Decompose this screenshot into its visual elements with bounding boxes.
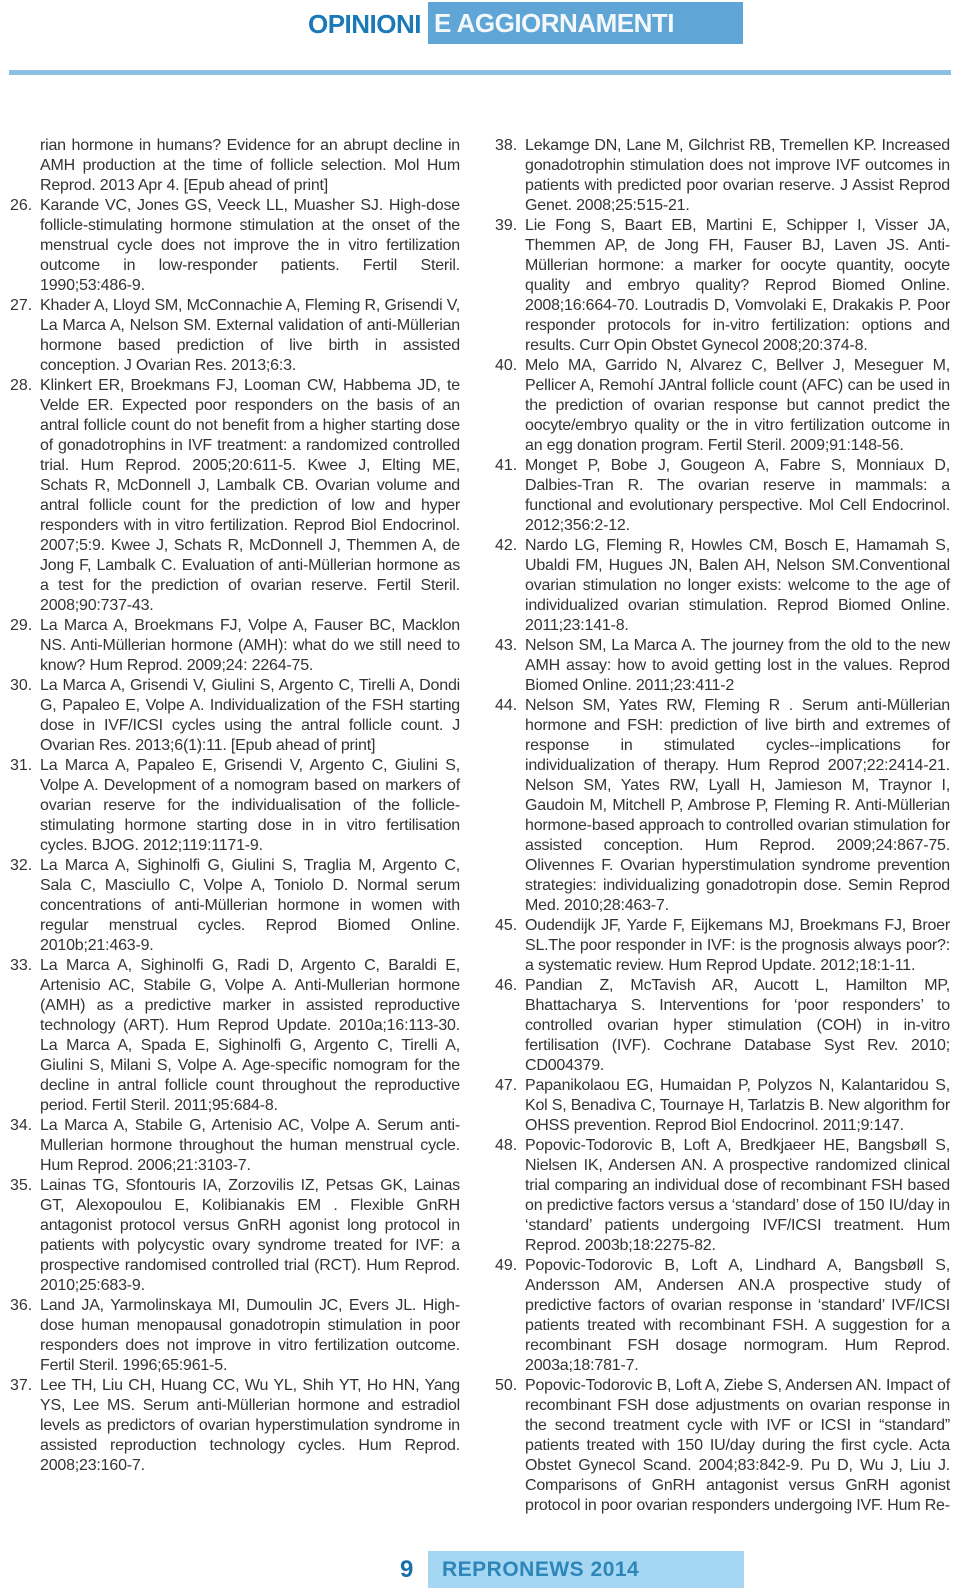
reference-text: Lie Fong S, Baart EB, Martini E, Schippe… [525, 217, 950, 354]
reference-text: Nardo LG, Fleming R, Howles CM, Bosch E,… [525, 537, 950, 634]
reference-number: 45. [495, 916, 517, 936]
reference-number: 49. [495, 1256, 517, 1276]
reference-text: Lekamge DN, Lane M, Gilchrist RB, Tremel… [525, 137, 950, 214]
section-title-highlight-box: E AGGIORNAMENTI [428, 2, 743, 44]
reference-number: 30. [10, 676, 32, 696]
header-divider-rule [9, 70, 951, 75]
reference-item: 46. Pandian Z, McTavish AR, Aucott L, Ha… [495, 976, 950, 1076]
reference-number: 47. [495, 1076, 517, 1096]
reference-item: 44. Nelson SM, Yates RW, Fleming R . Ser… [495, 696, 950, 916]
reference-text: Monget P, Bobe J, Gougeon A, Fabre S, Mo… [525, 457, 950, 534]
reference-text: Popovic-Todorovic B, Loft A, Ziebe S, An… [525, 1377, 950, 1514]
references-left-column: rian hormone in humans? Evidence for an … [10, 136, 460, 1476]
reference-item: 39. Lie Fong S, Baart EB, Martini E, Sch… [495, 216, 950, 356]
reference-item: 37. Lee TH, Liu CH, Huang CC, Wu YL, Shi… [10, 1376, 460, 1476]
reference-number: 28. [10, 376, 32, 396]
reference-item: 27. Khader A, Lloyd SM, McConnachie A, F… [10, 296, 460, 376]
references-right-column: 38. Lekamge DN, Lane M, Gilchrist RB, Tr… [495, 136, 950, 1516]
reference-item: 33. La Marca A, Sighinolfi G, Radi D, Ar… [10, 956, 460, 1116]
reference-item: 31. La Marca A, Papaleo E, Grisendi V, A… [10, 756, 460, 856]
reference-item: 40. Melo MA, Garrido N, Alvarez C, Bellv… [495, 356, 950, 456]
reference-number: 35. [10, 1176, 32, 1196]
reference-item: 34. La Marca A, Stabile G, Artenisio AC,… [10, 1116, 460, 1176]
reference-number: 38. [495, 136, 517, 156]
reference-number: 31. [10, 756, 32, 776]
reference-number: 26. [10, 196, 32, 216]
reference-text: rian hormone in humans? Evidence for an … [40, 137, 460, 194]
reference-text: Pandian Z, McTavish AR, Aucott L, Hamilt… [525, 977, 950, 1074]
reference-item: 35. Lainas TG, Sfontouris IA, Zorzovilis… [10, 1176, 460, 1296]
reference-text: La Marca A, Stabile G, Artenisio AC, Vol… [40, 1117, 460, 1174]
reference-text: Melo MA, Garrido N, Alvarez C, Bellver J… [525, 357, 950, 454]
reference-number: 41. [495, 456, 517, 476]
reference-text: Popovic-Todorovic B, Loft A, Bredkjaeer … [525, 1137, 950, 1254]
masthead: OPINIONI E AGGIORNAMENTI [0, 0, 960, 46]
reference-text: Lee TH, Liu CH, Huang CC, Wu YL, Shih YT… [40, 1377, 460, 1474]
reference-number: 34. [10, 1116, 32, 1136]
reference-text: Land JA, Yarmolinskaya MI, Dumoulin JC, … [40, 1297, 460, 1374]
reference-text: La Marca A, Papaleo E, Grisendi V, Argen… [40, 757, 460, 854]
reference-text: Popovic-Todorovic B, Loft A, Lindhard A,… [525, 1257, 950, 1374]
reference-number: 29. [10, 616, 32, 636]
reference-item: 45. Oudendijk JF, Yarde F, Eijkemans MJ,… [495, 916, 950, 976]
reference-item: 38. Lekamge DN, Lane M, Gilchrist RB, Tr… [495, 136, 950, 216]
reference-text: La Marca A, Broekmans FJ, Volpe A, Fause… [40, 617, 460, 674]
reference-text: La Marca A, Sighinolfi G, Giulini S, Tra… [40, 857, 460, 954]
reference-item: 32. La Marca A, Sighinolfi G, Giulini S,… [10, 856, 460, 956]
reference-number: 42. [495, 536, 517, 556]
reference-number: 39. [495, 216, 517, 236]
reference-number: 32. [10, 856, 32, 876]
reference-number: 36. [10, 1296, 32, 1316]
reference-item: 47. Papanikolaou EG, Humaidan P, Polyzos… [495, 1076, 950, 1136]
footer-journal-label: REPRONEWS 2014 [428, 1551, 744, 1588]
reference-number: 44. [495, 696, 517, 716]
reference-number: 33. [10, 956, 32, 976]
reference-number: 46. [495, 976, 517, 996]
reference-item: 28. Klinkert ER, Broekmans FJ, Looman CW… [10, 376, 460, 616]
footer-journal-box: REPRONEWS 2014 [428, 1551, 744, 1588]
reference-item: 42. Nardo LG, Fleming R, Howles CM, Bosc… [495, 536, 950, 636]
reference-item: 36. Land JA, Yarmolinskaya MI, Dumoulin … [10, 1296, 460, 1376]
reference-number: 40. [495, 356, 517, 376]
reference-text: Papanikolaou EG, Humaidan P, Polyzos N, … [525, 1077, 950, 1134]
reference-item: 30. La Marca A, Grisendi V, Giulini S, A… [10, 676, 460, 756]
reference-number: 37. [10, 1376, 32, 1396]
reference-text: Khader A, Lloyd SM, McConnachie A, Flemi… [40, 297, 460, 374]
reference-item: 43. Nelson SM, La Marca A. The journey f… [495, 636, 950, 696]
page-number: 9 [400, 1551, 413, 1588]
section-title: OPINIONI [308, 9, 421, 40]
reference-number: 27. [10, 296, 32, 316]
reference-item: 48. Popovic-Todorovic B, Loft A, Bredkja… [495, 1136, 950, 1256]
reference-number: 43. [495, 636, 517, 656]
reference-text: La Marca A, Sighinolfi G, Radi D, Argent… [40, 957, 460, 1114]
section-title-highlighted: E AGGIORNAMENTI [428, 2, 743, 44]
reference-text: La Marca A, Grisendi V, Giulini S, Argen… [40, 677, 460, 754]
reference-text: Lainas TG, Sfontouris IA, Zorzovilis IZ,… [40, 1177, 460, 1294]
reference-item: rian hormone in humans? Evidence for an … [10, 136, 460, 196]
reference-item: 50. Popovic-Todorovic B, Loft A, Ziebe S… [495, 1376, 950, 1516]
reference-text: Nelson SM, La Marca A. The journey from … [525, 637, 950, 694]
reference-number: 48. [495, 1136, 517, 1156]
reference-text: Klinkert ER, Broekmans FJ, Looman CW, Ha… [40, 377, 460, 614]
reference-item: 41. Monget P, Bobe J, Gougeon A, Fabre S… [495, 456, 950, 536]
reference-item: 49. Popovic-Todorovic B, Loft A, Lindhar… [495, 1256, 950, 1376]
journal-page: OPINIONI E AGGIORNAMENTI rian hormone in… [0, 0, 960, 1594]
reference-text: Nelson SM, Yates RW, Fleming R . Serum a… [525, 697, 950, 914]
reference-number: 50. [495, 1376, 517, 1396]
reference-text: Oudendijk JF, Yarde F, Eijkemans MJ, Bro… [525, 917, 950, 974]
reference-text: Karande VC, Jones GS, Veeck LL, Muasher … [40, 197, 460, 294]
reference-item: 29. La Marca A, Broekmans FJ, Volpe A, F… [10, 616, 460, 676]
reference-item: 26. Karande VC, Jones GS, Veeck LL, Muas… [10, 196, 460, 296]
